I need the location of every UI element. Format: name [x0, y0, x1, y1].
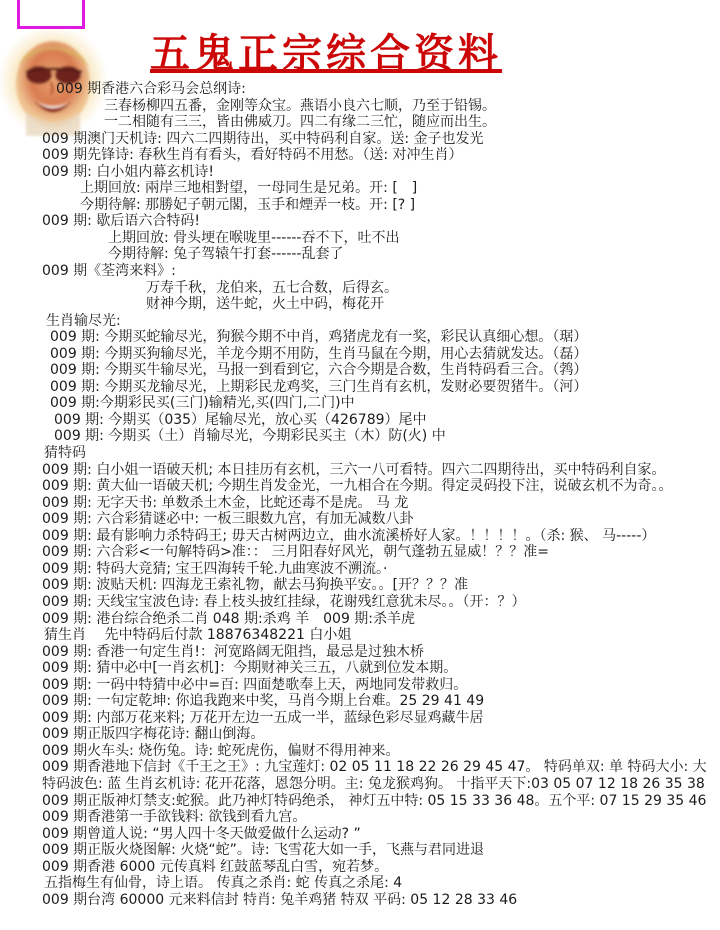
text-line: 009 期: 特码大竞猜; 宝王四海转千轮.九曲寒波不溯流。· — [42, 561, 720, 578]
text-line: 009 期: 一码中特猜中必中=百: 四面楚歌奉上天，两地同发带救归。 — [42, 677, 720, 694]
text-line: 009 期: 一句定乾坤: 你追我跑来中奖，马肖今期上台难。25 29 41 4… — [42, 693, 720, 710]
content-lines: 009 期香港六合彩马会总纲诗:三春杨柳四五番，金刚等众宝。燕语小良六七顺，乃至… — [42, 81, 720, 908]
text-line: 009 期火车头: 烧伤兔。诗: 蛇死虎伤，偏财不得用神来。 — [42, 743, 720, 760]
text-line: 一二相随有三三，皆由佛威刀。四二有缘二三忙，随应而出生。 — [42, 114, 720, 131]
text-line: 009 期香港 6000 元传真料 红鼓蓝琴乱白雪，宛若梦。 — [42, 859, 720, 876]
text-line: 009 期: 六合彩<一句解特码>准：： 三月阳春好风光，朝气蓬勃五显威！？？准… — [42, 544, 720, 561]
text-line: 五指梅生有仙骨，诗上语。 传真之杀肖: 蛇 传真之杀尾: 4 — [42, 875, 720, 892]
text-line: 009 期: 天线宝宝波色诗: 春上枝头披红挂绿，花谢残红意犹未尽。。（开：？） — [42, 594, 720, 611]
text-line: 009 期:今期彩民买(三门)输精光,买(四门,二门)中 — [42, 395, 720, 412]
text-line: 今期待解: 那勝妃子朝元閣，玉手和煙弄一枝。开: [? ] — [42, 197, 720, 214]
text-line: 009 期香港六合彩马会总纲诗: — [42, 81, 720, 98]
text-line: 特码波色: 蓝 生肖玄机诗: 花开花落，恩怨分明。主: 兔龙猴鸡狗。 十指平天下… — [42, 776, 720, 793]
text-line: 猜特码 — [42, 445, 720, 462]
text-line: 009 期: 港台综合绝杀二肖 048 期:杀鸡 羊 009 期:杀羊虎 — [42, 611, 720, 628]
text-line: 009 期: 白小姐内幕玄机诗! — [42, 164, 720, 181]
text-line: 009 期: 今期买牛输尽光，马报一到看到它，六合今期是合数，生肖特码看三合。（… — [42, 362, 720, 379]
text-line: 009 期: 今期买（土）肖输尽光，今期彩民买主（木）防(火) 中 — [42, 428, 720, 445]
text-line: 009 期: 今期买狗输尽光，羊龙今期不用防，生肖马鼠在今期，用心去猜就发达。（… — [42, 346, 720, 363]
text-line: 009 期正版火烧图解: 火烧“蛇”。诗: 飞雪花大如一手，飞燕与君同进退 — [42, 842, 720, 859]
page-title: 五鬼正宗综合资料 — [150, 22, 502, 79]
text-line: 三春杨柳四五番，金刚等众宝。燕语小良六七顺，乃至于铅锡。 — [42, 98, 720, 115]
text-line: 009 期: 今期买龙输尽光，上期彩民龙鸡奖，三门生肖有玄机，发财必要贺猪牛。（… — [42, 379, 720, 396]
text-line: 009 期台湾 60000 元来料信封 特肖: 兔羊鸡猪 特双 平码: 05 1… — [42, 892, 720, 909]
text-line: 009 期: 猜中必中[一肖玄机]：今期财神关三五，八就到位发本期。 — [42, 660, 720, 677]
text-line: 万寿千秋，龙伯来，五七合数，后得玄。 — [42, 280, 720, 297]
text-line: 009 期曾道人说: “男人四十冬天做爱做什么运动? ” — [42, 826, 720, 843]
text-line: 上期回放: 兩岸三地相對望，一母同生是兄弟。开: [ ] — [42, 180, 720, 197]
text-line: 009 期: 无字天书: 单数杀土木金，比蛇还毒不是虎。 马 龙 — [42, 495, 720, 512]
text-line: 009 期: 最有影响力杀特码王; 毋天古树两边立，曲水流溪桥好人家。！！！！。… — [42, 528, 720, 545]
text-line: 009 期: 波贴天机: 四海龙王索礼物，献去马狗换平安。。[开？？？准 — [42, 577, 720, 594]
text-line: 009 期先锋诗: 春秋生肖有看头，看好特码不用愁。（送: 对冲生肖） — [42, 147, 720, 164]
text-line: 009 期《荃湾来料》: — [42, 263, 720, 280]
text-line: 猜生肖 先中特码后付款 18876348221 白小姐 — [42, 627, 720, 644]
page: { "header": { "title": "五鬼正宗综合资料", "titl… — [0, 0, 720, 930]
text-line: 今期待解: 兔子驾辕午打套------乱套了 — [42, 246, 720, 263]
corner-frame — [17, 0, 85, 29]
text-line: 009 期: 香港一句定生肖!：河宽路阔无阻挡，最忌是过独木桥 — [42, 644, 720, 661]
text-line: 生肖输尽光: — [42, 313, 720, 330]
text-line: 009 期: 今期买蛇输尽光，狗猴今期不中肖，鸡猪虎龙有一奖，彩民认真细心想。（… — [42, 329, 720, 346]
text-line: 009 期: 内部万花来料; 万花开左边一五成一半，蓝绿色彩尽显鸡藏牛居 — [42, 710, 720, 727]
text-line: 009 期: 黄大仙一语破天机; 今期生肖发金光，一九相合在今期。得定灵码投下注… — [42, 478, 720, 495]
text-line: 009 期澳门天机诗: 四六二四期待出，买中特码利自家。送: 金子也发光 — [42, 131, 720, 148]
text-line: 009 期: 今期买（035）尾输尽光，放心买（426789）尾中 — [42, 412, 720, 429]
text-line: 009 期香港第一手欲钱料: 欲钱到看九宫。 — [42, 809, 720, 826]
text-line: 上期回放: 骨头埂在喉咙里------吞不下，吐不出 — [42, 230, 720, 247]
text-line: 009 期正版四字梅花诗: 翻山倒海。 — [42, 726, 720, 743]
text-line: 009 期: 白小姐一语破天机; 本日挂历有玄机，三六一八可看特。四六二四期待出… — [42, 462, 720, 479]
text-line: 009 期正版神灯禁支:蛇猴。此乃神灯特码绝杀， 神灯五中特: 05 15 33… — [42, 793, 720, 810]
text-line: 009 期香港地下信封《千王之王》: 九宝莲灯: 02 05 11 18 22 … — [42, 759, 720, 776]
text-line: 009 期: 歇后语六合特码! — [42, 213, 720, 230]
text-line: 财神今期，送牛蛇，火土中码，梅花开 — [42, 296, 720, 313]
text-line: 009 期: 六合彩猜谜必中: 一板三眼数九宫，有加无减数八卦 — [42, 511, 720, 528]
